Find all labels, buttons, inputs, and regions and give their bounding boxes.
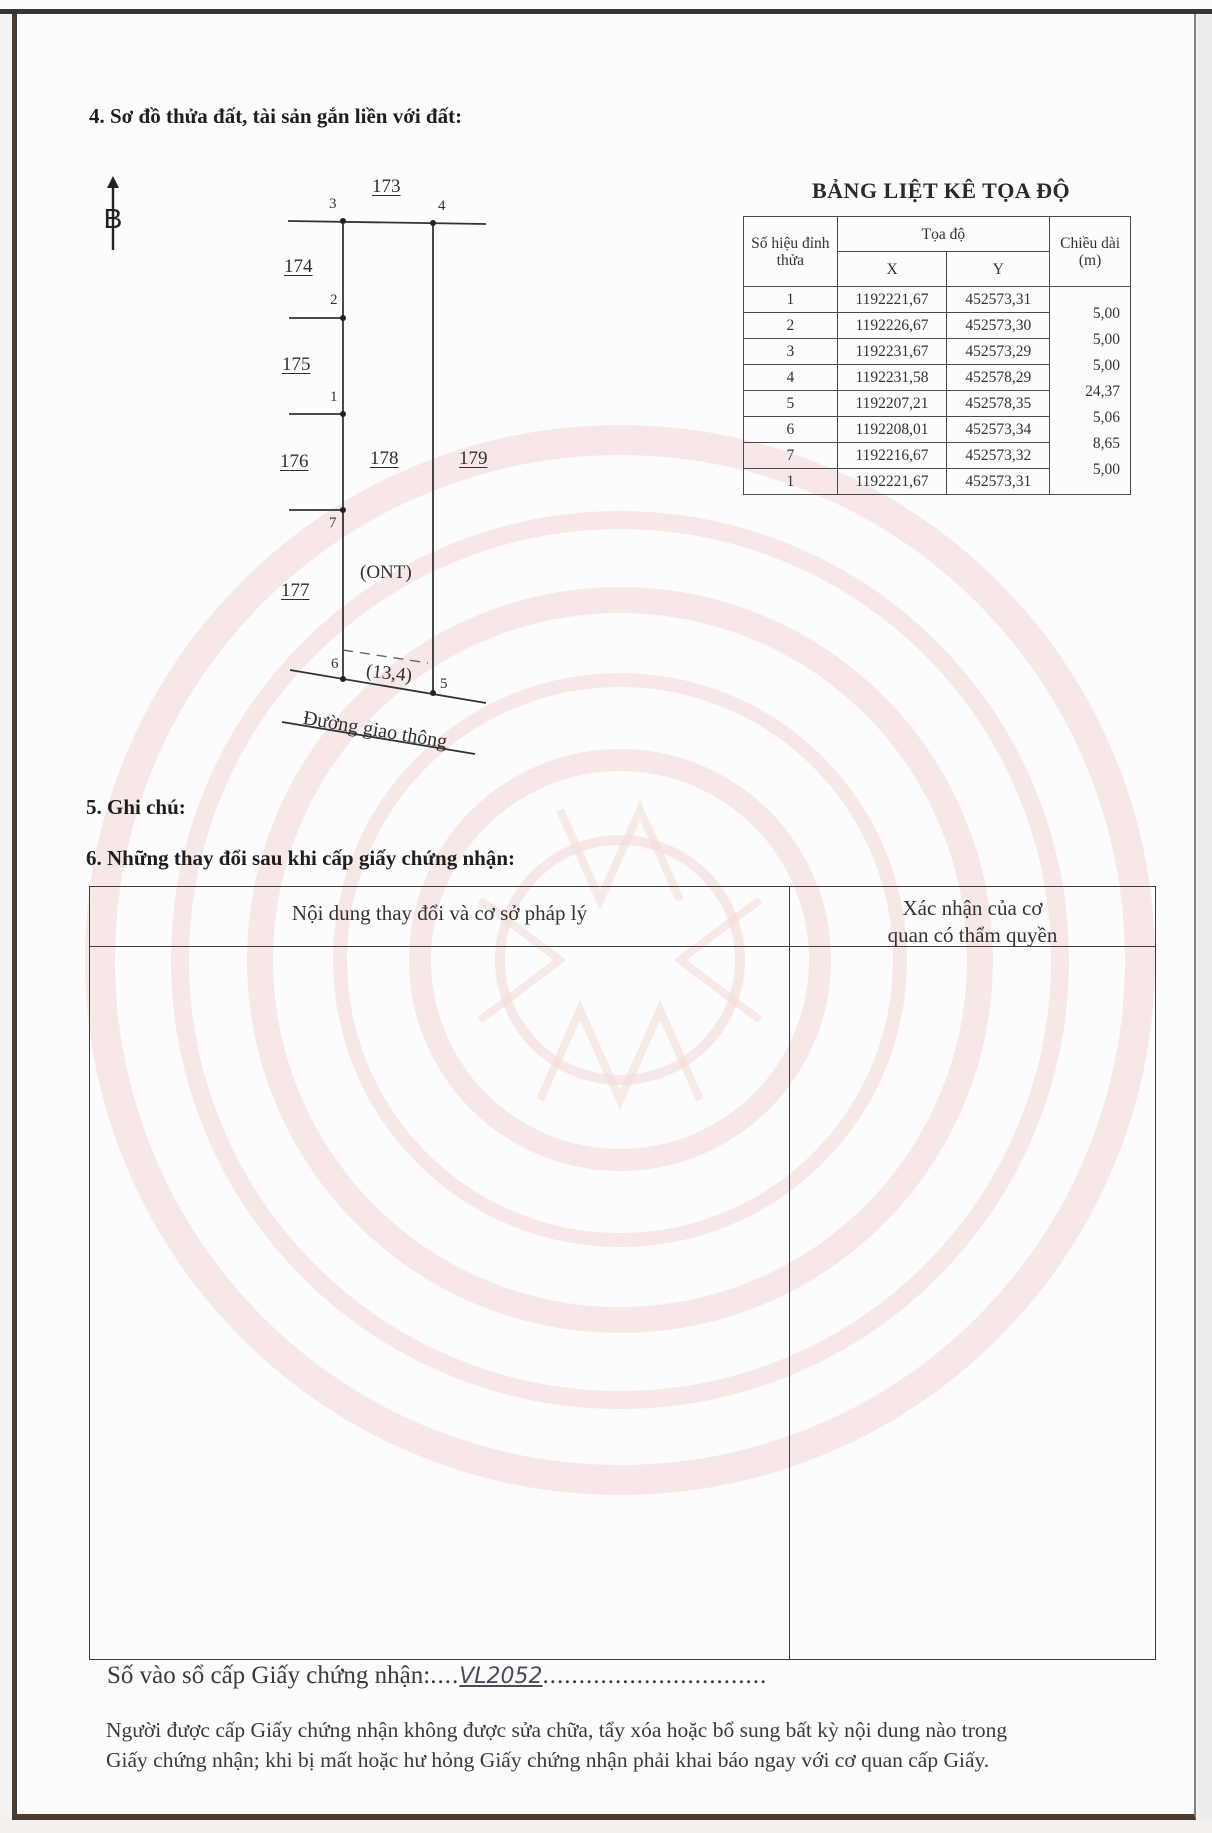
right-margin [1198, 14, 1212, 1833]
point-label-5: 5 [440, 676, 448, 693]
cell-y: 452573,32 [947, 443, 1050, 469]
notice-line-1: Người được cấp Giấy chứng nhận không đượ… [106, 1715, 1007, 1745]
section-6-heading: 6. Những thay đổi sau khi cấp giấy chứng… [86, 846, 515, 871]
coord-table-title: BẢNG LIỆT KÊ TỌA ĐỘ [812, 178, 1070, 204]
point-label-7: 7 [329, 515, 337, 532]
cell-y: 452573,30 [947, 313, 1050, 339]
notice-text: Người được cấp Giấy chứng nhận không đượ… [106, 1715, 1007, 1775]
bottom-margin [0, 1822, 1212, 1833]
cell-x: 1192221,67 [837, 469, 947, 495]
neighbor-parcel-174: 174 [284, 256, 313, 278]
neighbor-parcel-176: 176 [280, 451, 309, 473]
authority-line-1: Xác nhận của cơ [790, 895, 1155, 922]
header-x: X [837, 252, 947, 287]
authority-line-2: quan có thẩm quyền [790, 922, 1155, 949]
registration-number-line: Số vào sổ cấp Giấy chứng nhận:....VL2052… [107, 1662, 767, 1690]
frontage-dimension: (13,4) [365, 661, 413, 688]
parcel-diagram [0, 0, 600, 800]
cell-point: 7 [744, 443, 838, 469]
changes-col-authority: Xác nhận của cơ quan có thẩm quyền [790, 895, 1155, 949]
edge-length: 8,65 [1050, 431, 1120, 457]
registration-label: Số vào sổ cấp Giấy chứng nhận: [107, 1662, 430, 1689]
cell-point: 1 [744, 469, 838, 495]
parcel-number: 178 [370, 448, 399, 470]
cell-x: 1192207,21 [837, 391, 947, 417]
neighbor-parcel-179: 179 [459, 448, 488, 470]
edge-length: 5,00 [1050, 327, 1120, 353]
point-label-2: 2 [330, 292, 338, 309]
cell-x: 1192231,58 [837, 365, 947, 391]
edge-length: 24,37 [1050, 379, 1120, 405]
neighbor-parcel-173: 173 [372, 176, 401, 198]
edge-length: 5,00 [1050, 353, 1120, 379]
changes-col-content: Nội dung thay đổi và cơ sở pháp lý [90, 901, 789, 926]
point-label-4: 4 [438, 198, 446, 215]
length-column: 5,005,005,0024,375,068,655,00 [1050, 287, 1131, 495]
table-row: 11192221,67452573,315,005,005,0024,375,0… [744, 287, 1131, 313]
edge-length: 5,00 [1050, 457, 1120, 483]
point-label-6: 6 [331, 656, 339, 673]
cell-point: 1 [744, 287, 838, 313]
cell-y: 452578,35 [947, 391, 1050, 417]
changes-table: Nội dung thay đổi và cơ sở pháp lý Xác n… [89, 886, 1156, 1660]
cell-point: 6 [744, 417, 838, 443]
cell-x: 1192231,67 [837, 339, 947, 365]
registration-value: VL2052 [459, 1664, 542, 1689]
header-length: Chiều dài (m) [1050, 217, 1131, 287]
dots: .... [430, 1662, 459, 1689]
cell-point: 4 [744, 365, 838, 391]
dots: ............................... [543, 1662, 768, 1689]
neighbor-parcel-177: 177 [281, 580, 310, 602]
cell-y: 452573,29 [947, 339, 1050, 365]
point-label-1: 1 [330, 389, 338, 406]
point-label-3: 3 [329, 196, 337, 213]
cell-x: 1192208,01 [837, 417, 947, 443]
header-y: Y [947, 252, 1050, 287]
edge-length: 5,06 [1050, 405, 1120, 431]
cell-point: 3 [744, 339, 838, 365]
edge-length: 5,00 [1050, 301, 1120, 327]
cell-x: 1192226,67 [837, 313, 947, 339]
cell-y: 452573,34 [947, 417, 1050, 443]
header-point: Số hiệu đỉnh thửa [744, 217, 838, 287]
cell-x: 1192216,67 [837, 443, 947, 469]
cell-y: 452573,31 [947, 287, 1050, 313]
cell-x: 1192221,67 [837, 287, 947, 313]
cell-y: 452578,29 [947, 365, 1050, 391]
section-5-heading: 5. Ghi chú: [86, 795, 186, 820]
cell-y: 452573,31 [947, 469, 1050, 495]
cell-point: 2 [744, 313, 838, 339]
notice-line-2: Giấy chứng nhận; khi bị mất hoặc hư hỏng… [106, 1745, 1007, 1775]
cell-point: 5 [744, 391, 838, 417]
coordinate-table: Số hiệu đỉnh thửa Tọa độ Chiều dài (m) X… [743, 216, 1131, 495]
land-use-code: (ONT) [360, 562, 412, 584]
neighbor-parcel-175: 175 [282, 354, 311, 376]
header-coord: Tọa độ [837, 217, 1050, 252]
